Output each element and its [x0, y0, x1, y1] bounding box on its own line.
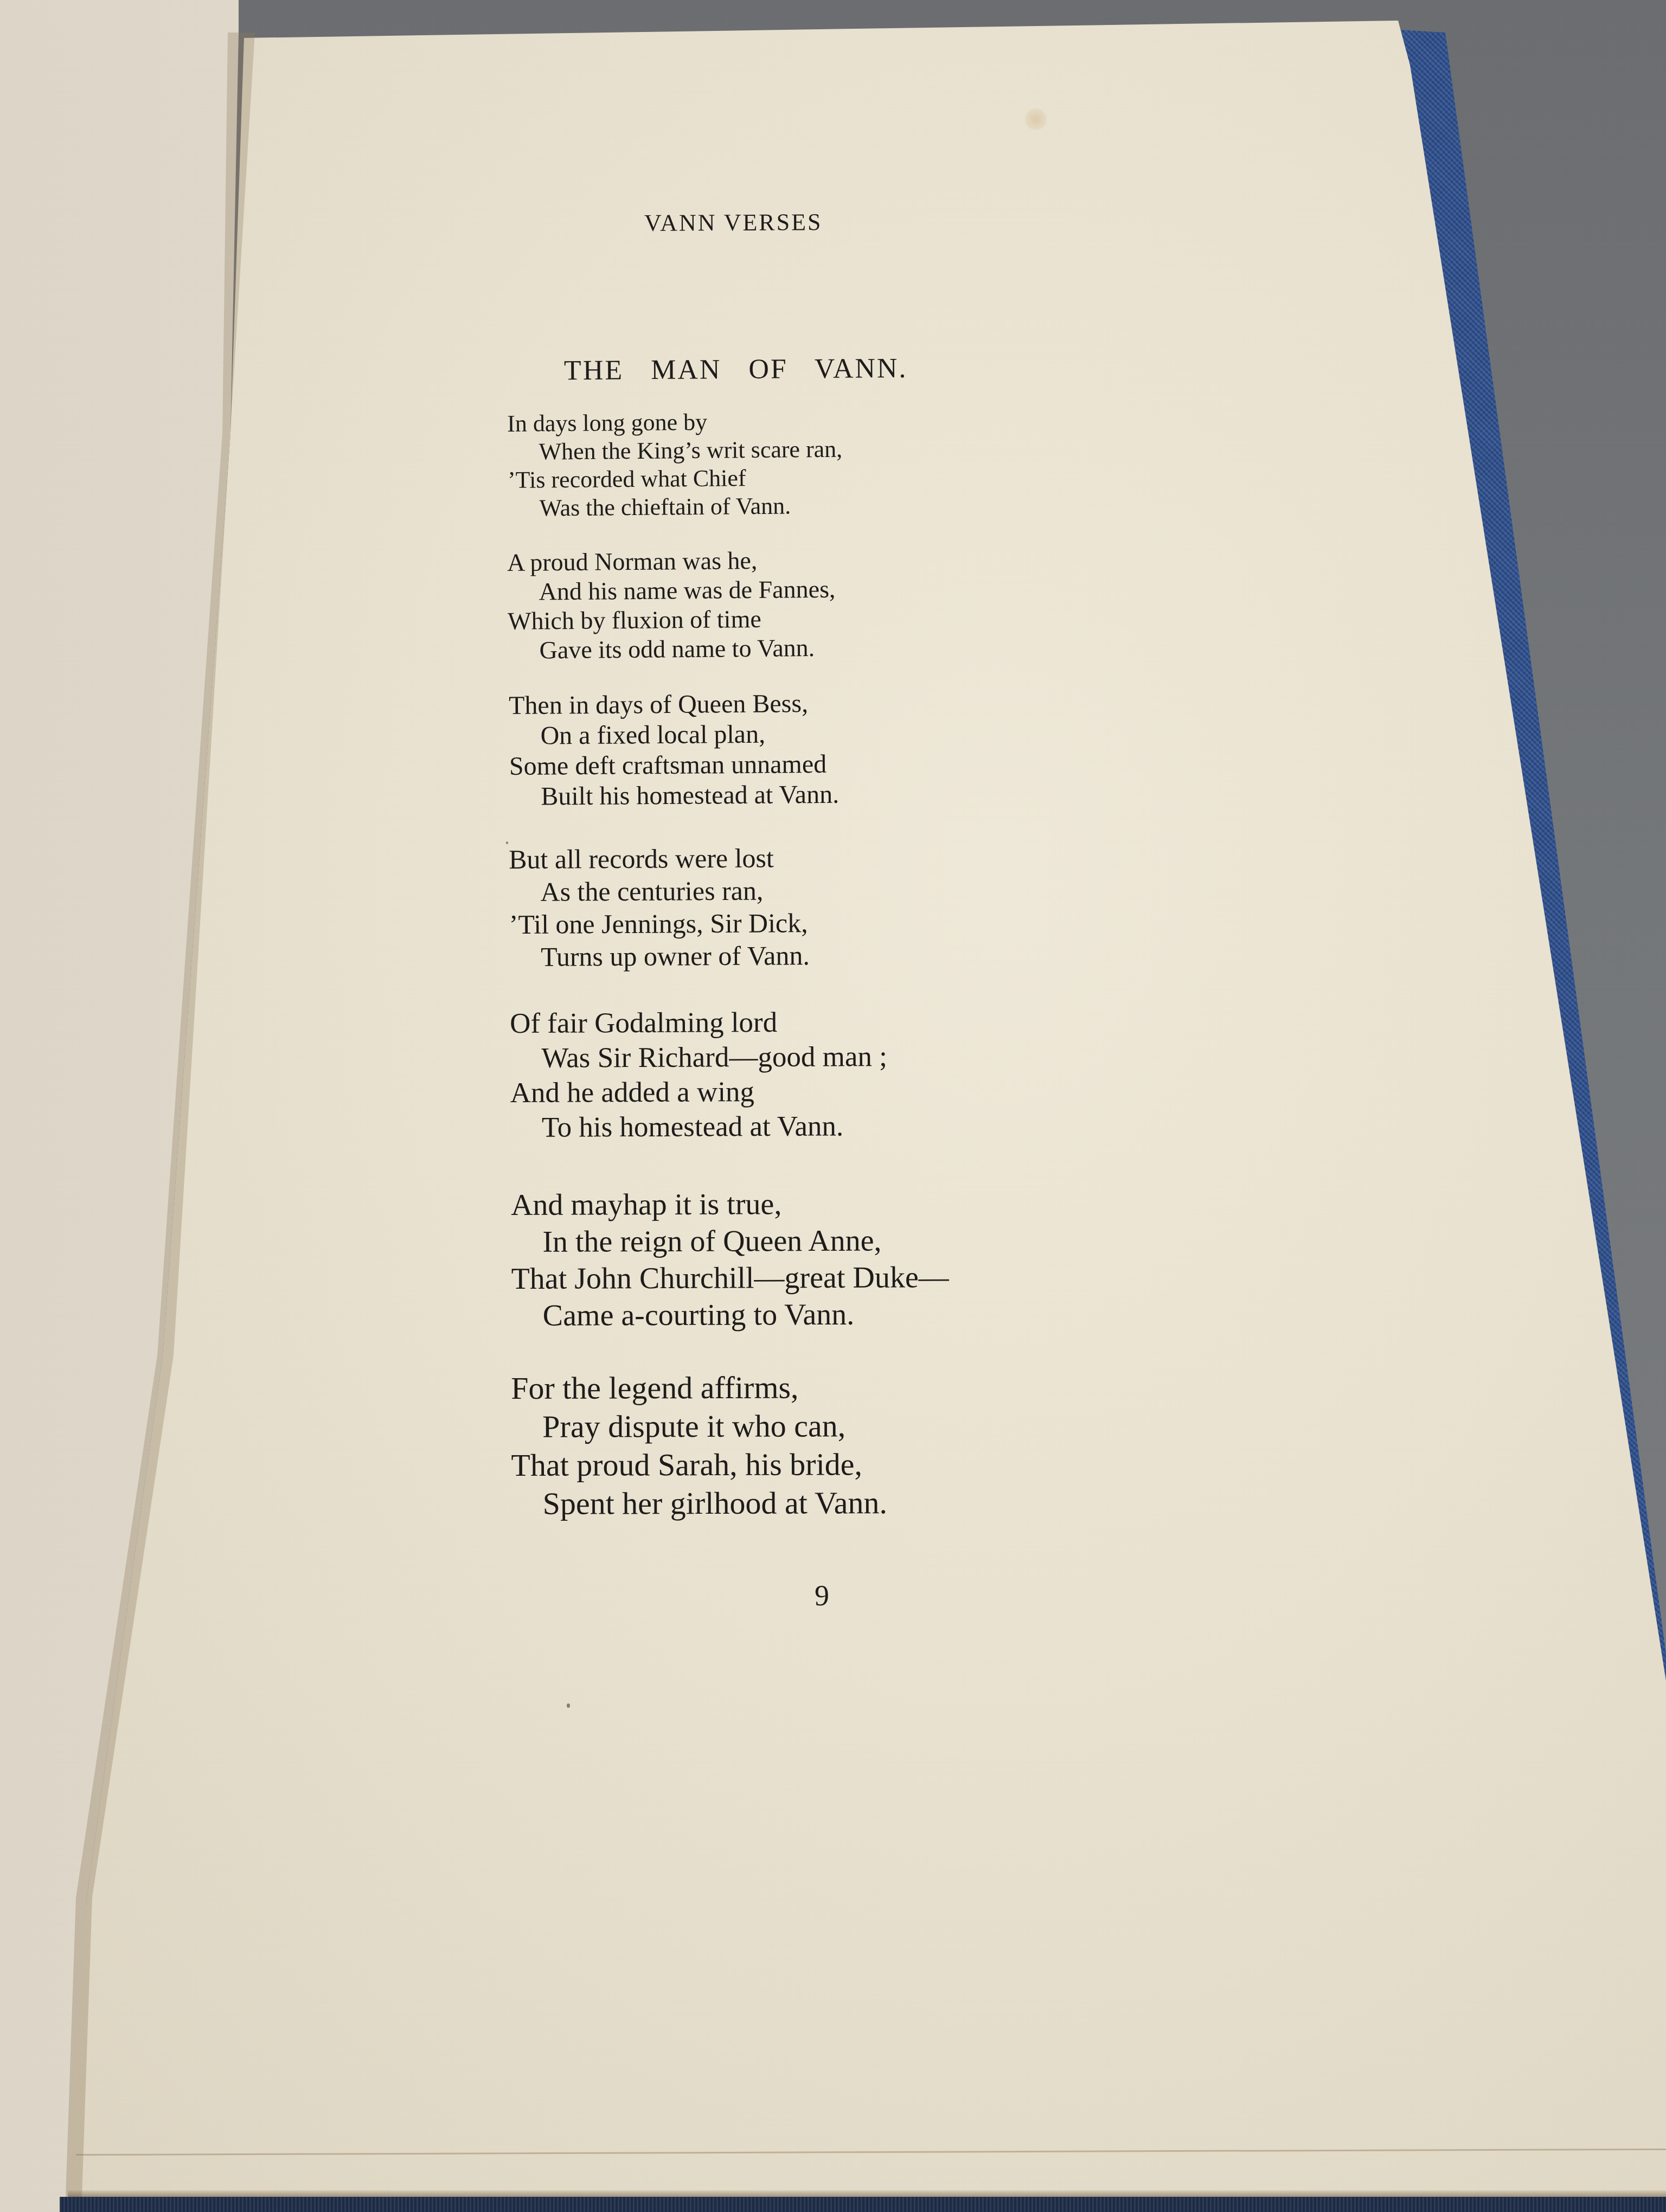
stanza-4: But all records were lost As the centuri…	[509, 843, 1160, 976]
poem-title: THE MAN OF VANN.	[564, 352, 908, 387]
verse-line: Then in days of Queen Bess,	[509, 689, 1159, 723]
verse-line: Was the chieftain of Vann.	[508, 491, 1158, 525]
verse-line: Was Sir Richard—good man ;	[510, 1041, 1161, 1079]
stanza-2: A proud Norman was he, And his name was …	[507, 545, 1159, 667]
verse-line: And mayhap it is true,	[511, 1188, 1162, 1227]
verse-line: As the centuries ran,	[509, 875, 1159, 911]
printed-page-content: VANN VERSES THE MAN OF VANN. In days lon…	[0, 0, 1666, 2212]
verse-line: On a fixed local plan,	[509, 719, 1159, 754]
verse-line: For the legend affirms,	[511, 1371, 1162, 1411]
verse-line: Turns up owner of Vann.	[509, 940, 1160, 976]
verse-line: And he added a wing	[510, 1076, 1161, 1114]
verse-line: Spent her girlhood at Vann.	[511, 1487, 1162, 1527]
verse-line: Built his homestead at Vann.	[509, 780, 1160, 814]
stanza-3: Then in days of Queen Bess, On a fixed l…	[509, 689, 1161, 814]
verse-line: Gave its odd name to Vann.	[508, 633, 1158, 667]
verse-line: ’Til one Jennings, Sir Dick,	[509, 908, 1160, 943]
page-number: 9	[815, 1579, 829, 1612]
verse-line: Some deft craftsman unnamed	[509, 749, 1160, 784]
verse-line: Of fair Godalming lord	[510, 1007, 1161, 1044]
verse-line: Pray dispute it who can,	[511, 1410, 1162, 1450]
running-head: VANN VERSES	[644, 208, 823, 237]
verse-line: In the reign of Queen Anne,	[511, 1225, 1162, 1264]
verse-line: Came a-courting to Vann.	[511, 1298, 1162, 1338]
verse-line: That John Churchill—great Duke—	[511, 1262, 1162, 1301]
verse-line: To his homestead at Vann.	[510, 1111, 1161, 1148]
stanza-6: And mayhap it is true, In the reign of Q…	[511, 1188, 1162, 1338]
verse-line: But all records were lost	[509, 843, 1159, 878]
stanza-1: In days long gone by When the King’s wri…	[507, 407, 1159, 525]
stanza-7: For the legend affirms, Pray dispute it …	[511, 1371, 1162, 1527]
stanza-5: Of fair Godalming lord Was Sir Richard—g…	[510, 1007, 1161, 1148]
verse-line: That proud Sarah, his bride,	[511, 1448, 1162, 1488]
